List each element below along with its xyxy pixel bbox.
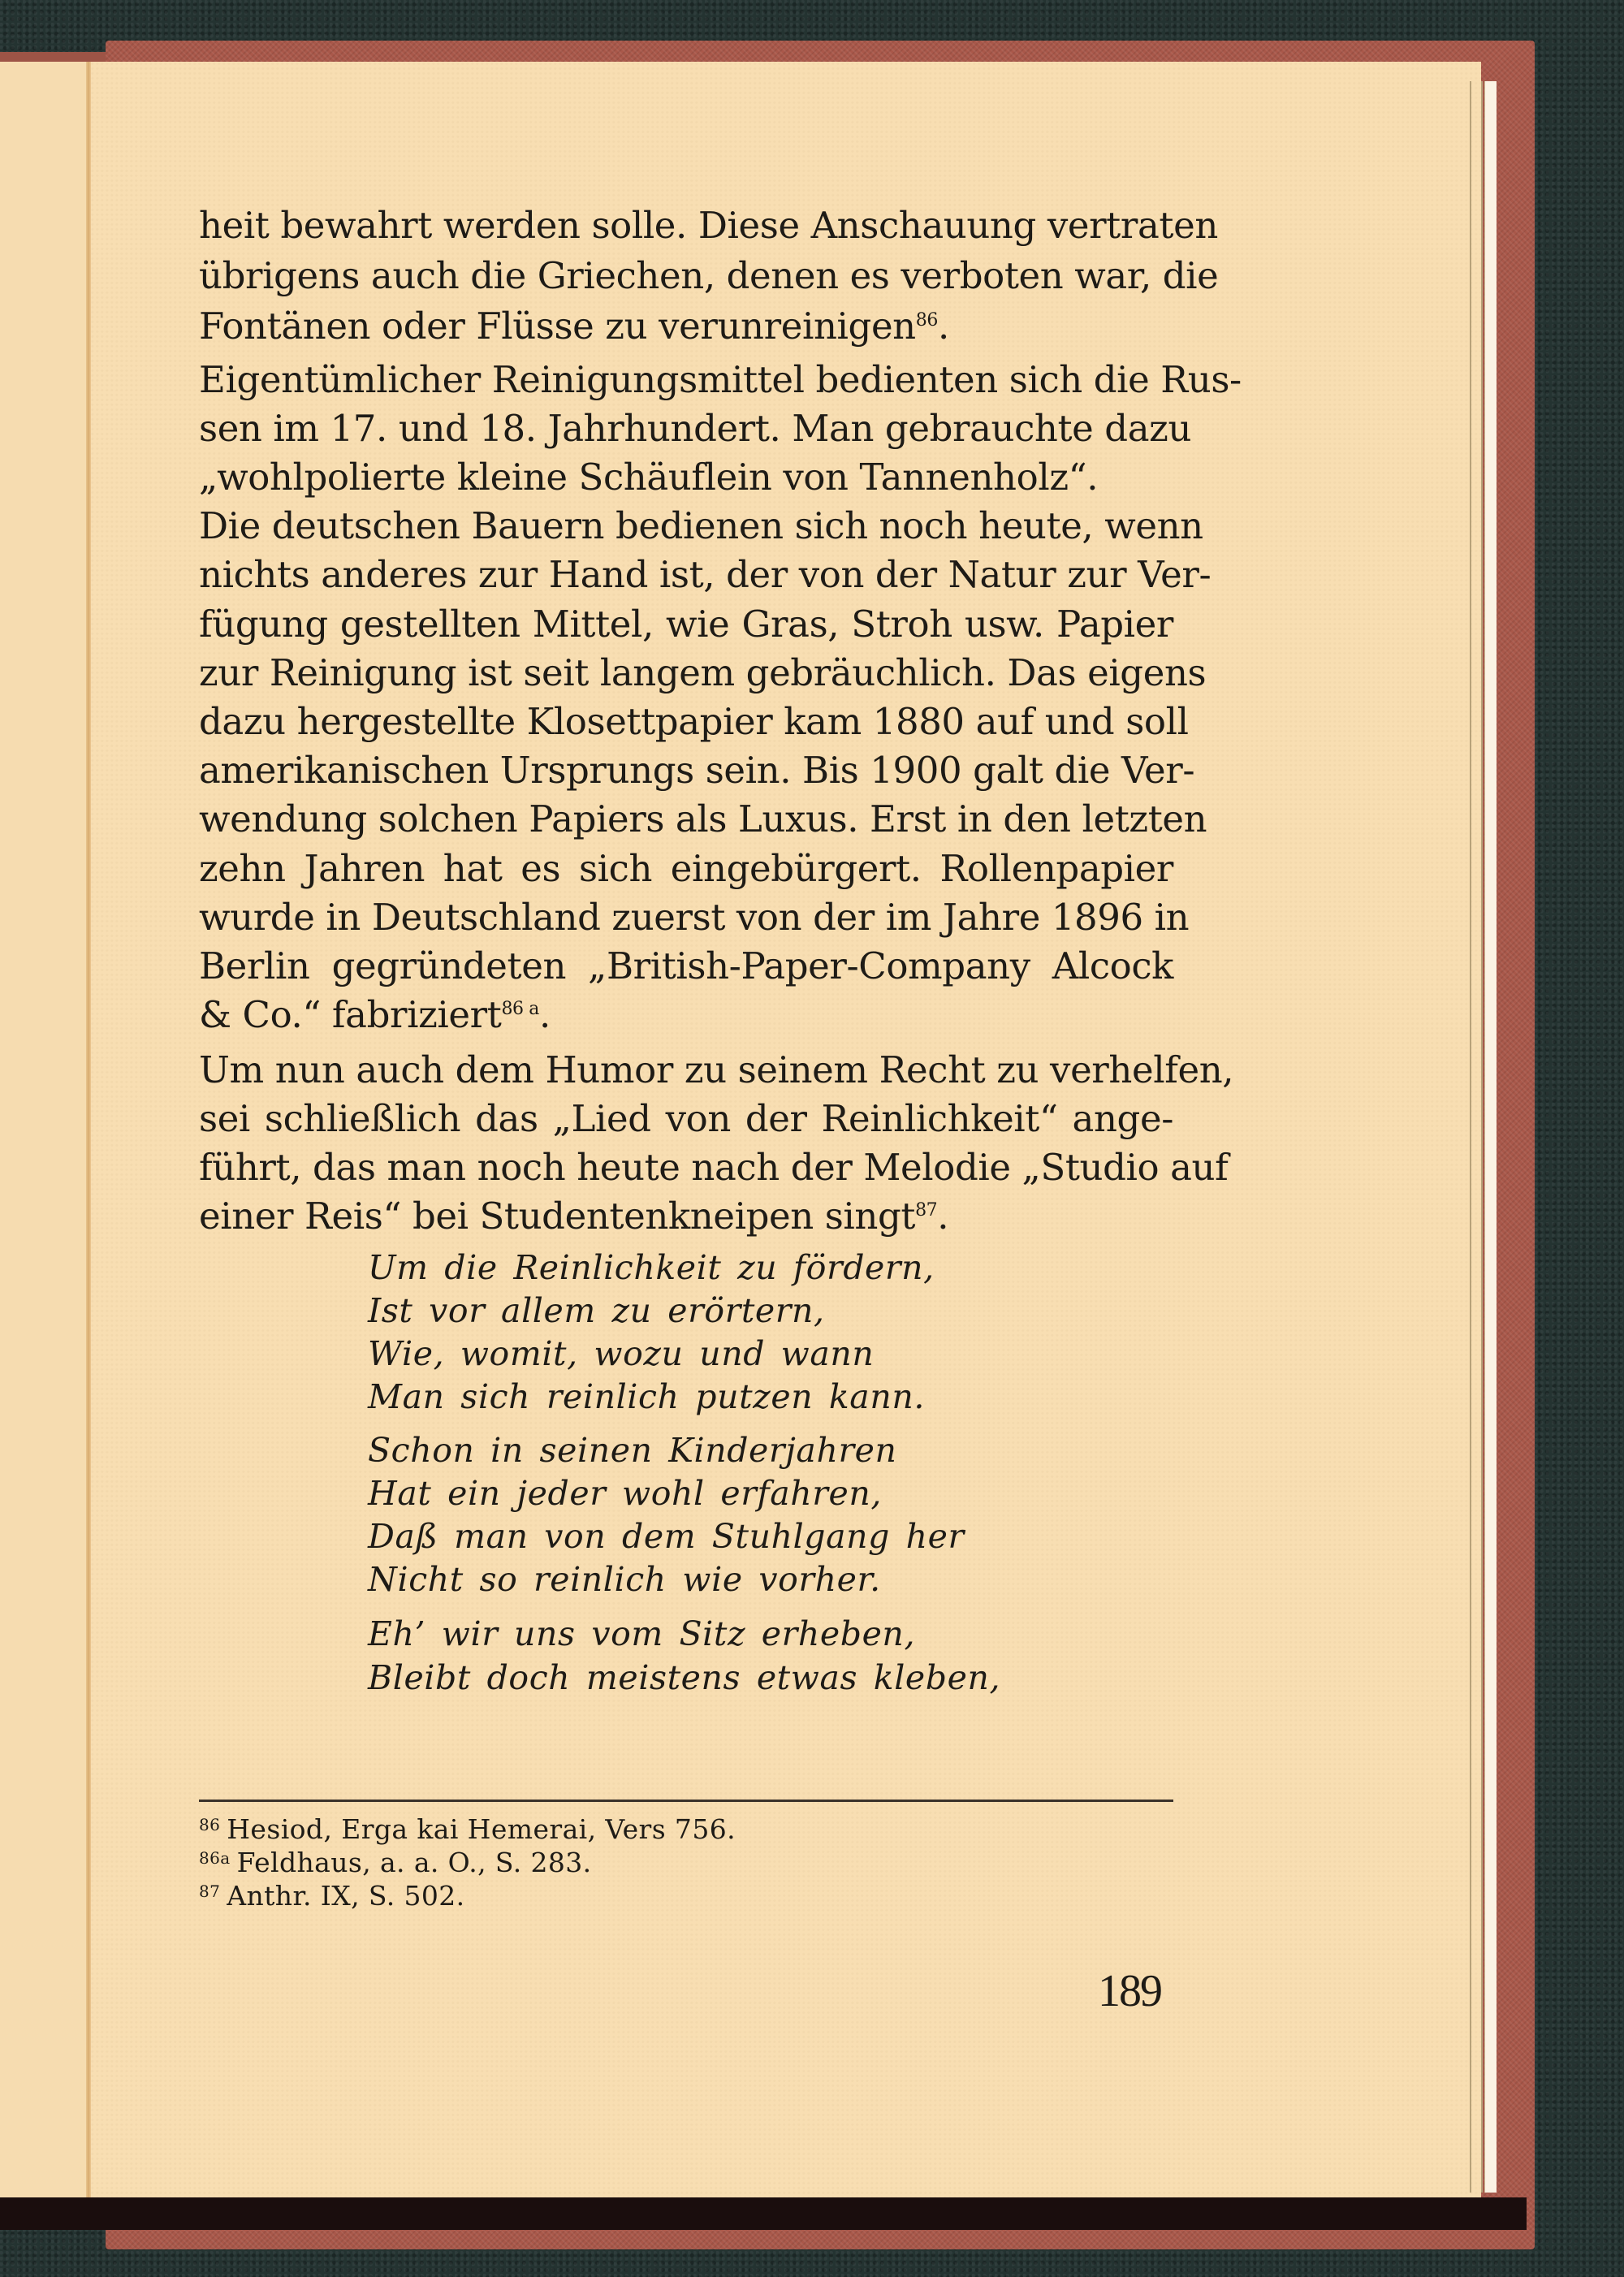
- body-line: führt, das man noch heute nach der Melod…: [199, 1145, 1173, 1190]
- verse-line: Daß man von dem Stuhlgang her: [368, 1515, 965, 1558]
- left-cover-edge: [0, 52, 106, 62]
- footnote-divider: [199, 1800, 1173, 1802]
- body-line: Die deutschen Bauern bedienen sich noch …: [199, 503, 1173, 549]
- footnote: 87Anthr. IX, S. 502.: [199, 1874, 465, 1913]
- body-line: dazu hergestellte Klosettpapier kam 1880…: [199, 699, 1173, 745]
- body-line: amerikanischen Ursprungs sein. Bis 1900 …: [199, 748, 1173, 793]
- body-line: übrigens auch die Griechen, denen es ver…: [199, 253, 1173, 299]
- verse-line: Eh’ wir uns vom Sitz erheben,: [368, 1613, 915, 1655]
- footnote-number: 87: [199, 1882, 220, 1901]
- body-line: sen im 17. und 18. Jahrhundert. Man gebr…: [199, 406, 1173, 452]
- page-number: 189: [1098, 1965, 1161, 2017]
- body-line: „wohlpolierte kleine Schäuflein von Tann…: [199, 455, 1173, 500]
- footnote-number: 86: [199, 1815, 220, 1834]
- page-edge-line: [1481, 81, 1483, 2193]
- facing-page: [0, 62, 89, 2197]
- body-line: zur Reinigung ist seit langem gebräuchli…: [199, 650, 1173, 696]
- footnote-number: 86a: [199, 1848, 231, 1868]
- body-line: wendung solchen Papiers als Luxus. Erst …: [199, 797, 1173, 842]
- cover-bottom-edge: [0, 2197, 1527, 2230]
- verse-line: Man sich reinlich putzen kann.: [368, 1376, 925, 1418]
- verse-line: Bleibt doch meistens etwas kleben,: [368, 1657, 1000, 1699]
- verse-line: Ist vor allem zu erörtern,: [368, 1290, 825, 1332]
- body-line: Berlin gegründeten „British-Paper-Compan…: [199, 944, 1173, 989]
- page-edge-line: [1470, 81, 1471, 2193]
- verse-line: Hat ein jeder wohl erfahren,: [368, 1472, 882, 1514]
- body-line: Eigentümlicher Reinigungsmittel bediente…: [199, 357, 1173, 403]
- page-edge-stack: [1484, 81, 1497, 2193]
- verse-line: Schon in seinen Kinderjahren: [368, 1429, 897, 1471]
- verse-line: Um die Reinlichkeit zu fördern,: [368, 1247, 935, 1289]
- body-line: heit bewahrt werden solle. Diese Anschau…: [199, 203, 1173, 248]
- body-line: Fontänen oder Flüsse zu verunreinigen86.: [199, 304, 1173, 349]
- footnote-ref[interactable]: 86 a: [501, 999, 539, 1019]
- body-line: einer Reis“ bei Studentenkneipen singt87…: [199, 1194, 1173, 1239]
- verse-line: Wie, womit, wozu und wann: [368, 1333, 874, 1375]
- spine-fold: [86, 62, 91, 2197]
- body-line: wurde in Deutschland zuerst von der im J…: [199, 895, 1173, 940]
- body-line: fügung gestellten Mittel, wie Gras, Stro…: [199, 602, 1173, 647]
- verse-line: Nicht so reinlich wie vorher.: [368, 1558, 881, 1601]
- body-line: zehn Jahren hat es sich eingebürgert. Ro…: [199, 846, 1173, 892]
- body-line: nichts anderes zur Hand ist, der von der…: [199, 552, 1173, 598]
- footnote-ref[interactable]: 86: [916, 310, 938, 331]
- footnote-ref[interactable]: 87: [915, 1200, 937, 1221]
- body-line: Um nun auch dem Humor zu seinem Recht zu…: [199, 1048, 1173, 1093]
- body-line: & Co.“ fabriziert86 a.: [199, 992, 1173, 1038]
- body-line: sei schließlich das „Lied von der Reinli…: [199, 1096, 1173, 1142]
